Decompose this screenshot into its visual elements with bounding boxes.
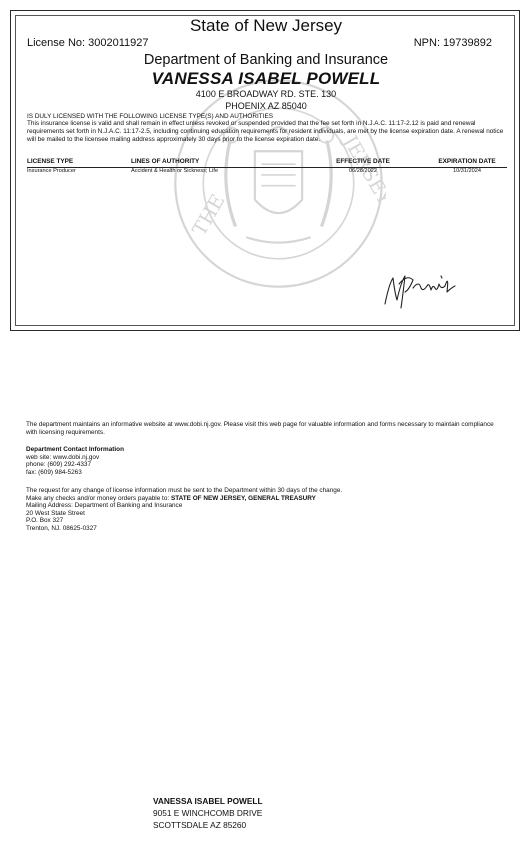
header-lines-of-authority: LINES OF AUTHORITY bbox=[131, 158, 199, 165]
svg-text:THE: THE bbox=[188, 190, 230, 240]
contact-heading: Department Contact Information bbox=[26, 446, 124, 454]
license-certificate: THE JERSEY State of New Jersey License N… bbox=[15, 15, 515, 326]
license-type: Insurance Producer bbox=[27, 168, 76, 174]
payable-to: STATE OF NEW JERSEY, GENERAL TREASURY bbox=[171, 495, 316, 502]
website-notice: The department maintains an informative … bbox=[26, 421, 496, 436]
contact-fax: fax: (609) 984-5263 bbox=[26, 469, 124, 477]
signature-icon bbox=[379, 264, 471, 314]
table-row: Insurance Producer Accident & Health or … bbox=[27, 168, 507, 177]
license-terms: This insurance license is valid and shal… bbox=[27, 120, 507, 144]
mailing-address-label: Mailing Address: Department of Banking a… bbox=[26, 502, 342, 510]
header-license-type: LICENSE TYPE bbox=[27, 158, 73, 165]
licensed-statement: IS DULY LICENSED WITH THE FOLLOWING LICE… bbox=[27, 113, 273, 120]
recipient-city: SCOTTSDALE AZ 85260 bbox=[153, 819, 263, 831]
expiration-date: 10/31/2024 bbox=[427, 168, 507, 174]
contact-info: Department Contact Information web site:… bbox=[26, 446, 124, 476]
payable-line: Make any checks and/or money orders paya… bbox=[26, 495, 342, 503]
header-effective-date: EFFECTIVE DATE bbox=[332, 158, 394, 165]
licensee-name: VANESSA ISABEL POWELL bbox=[16, 69, 515, 89]
recipient-address: VANESSA ISABEL POWELL 9051 E WINCHCOMB D… bbox=[153, 795, 263, 831]
contact-website: web site: www.dobi.nj.gov bbox=[26, 454, 124, 462]
mailing-po-box: P.O. Box 327 bbox=[26, 517, 342, 525]
license-table-header: LICENSE TYPE LINES OF AUTHORITY EFFECTIV… bbox=[27, 158, 507, 168]
state-title: State of New Jersey bbox=[16, 16, 515, 36]
effective-date: 06/28/2022 bbox=[332, 168, 394, 174]
contact-phone: phone: (609) 292-4337 bbox=[26, 461, 124, 469]
recipient-name: VANESSA ISABEL POWELL bbox=[153, 795, 263, 807]
payable-prefix: Make any checks and/or money orders paya… bbox=[26, 495, 171, 502]
mailing-street: 20 West State Street bbox=[26, 510, 342, 518]
licensee-address-line1: 4100 E BROADWAY RD. STE. 130 bbox=[16, 89, 515, 99]
licensee-address-line2: PHOENIX AZ 85040 bbox=[16, 101, 515, 111]
department-name: Department of Banking and Insurance bbox=[16, 52, 515, 68]
license-number: License No: 3002011927 bbox=[27, 37, 149, 49]
npn-number: NPN: 19739892 bbox=[414, 37, 492, 49]
payment-info: The request for any change of license in… bbox=[26, 487, 342, 532]
change-notice: The request for any change of license in… bbox=[26, 487, 342, 495]
lines-of-authority: Accident & Health or Sickness; Life bbox=[131, 168, 218, 174]
header-expiration-date: EXPIRATION DATE bbox=[427, 158, 507, 165]
mailing-city: Trenton, NJ. 08625-0327 bbox=[26, 525, 342, 533]
recipient-street: 9051 E WINCHCOMB DRIVE bbox=[153, 807, 263, 819]
